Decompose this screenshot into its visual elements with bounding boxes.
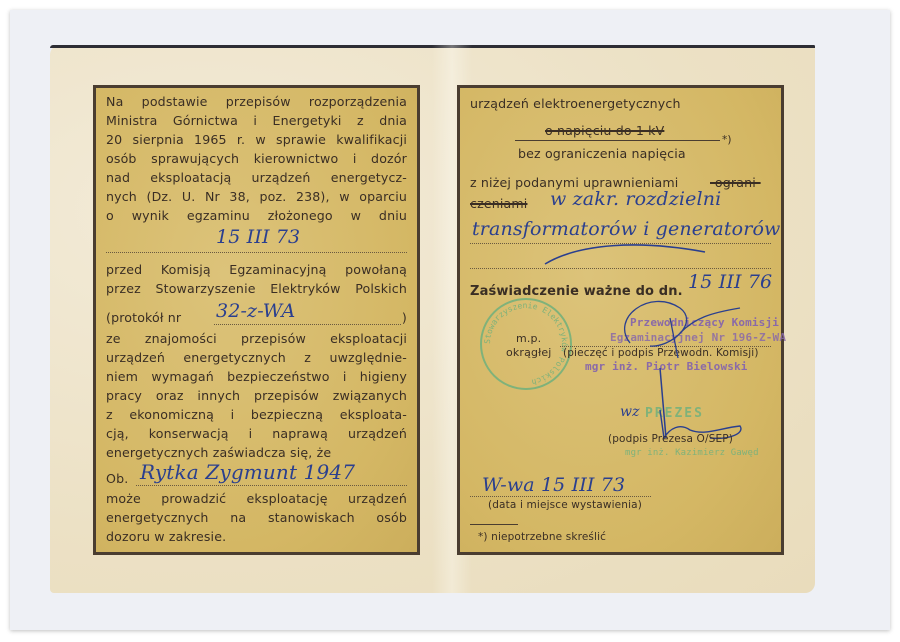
text-line: nych (Dz. U. Nr 38, poz. 238), w oparciu — [106, 189, 407, 204]
footnote: *) niepotrzebne skreślić — [478, 531, 606, 543]
protocol-close: ) — [402, 310, 407, 325]
text-line: 20 sierpnia 1965 r. w sprawie kwalifikac… — [106, 132, 407, 147]
text-line: przez Stowarzyszenie Elektryków Polskich — [106, 281, 407, 296]
text-line: dozoru w zakresie. — [106, 529, 407, 544]
struck-permissions-b: czeniami — [470, 196, 527, 211]
voltage-text: bez ograniczenia napięcia — [518, 146, 686, 161]
dotted-line — [470, 496, 651, 497]
text-line: urządzeń elektroenergetycznych — [470, 96, 771, 111]
text-line: Na podstawie przepisów rozporządzenia — [106, 94, 407, 109]
dotted-line — [106, 252, 407, 253]
dotted-line — [136, 485, 407, 486]
signature-initials: wz — [620, 404, 640, 420]
text-line: ze znajomości przepisów eksploatacji — [106, 331, 407, 346]
issue-place-date: W-wa 15 III 73 — [482, 474, 625, 496]
text-line: z ekonomiczną i bezpieczną eksploata- — [106, 407, 407, 422]
text-line: o wynik egzaminu złożonego w dniu — [106, 208, 407, 223]
protocol-number: 32-z-WA — [216, 300, 295, 322]
struck-voltage: o napięciu do 1 kV — [545, 123, 664, 138]
scope-line-1: w zakr. rozdzielni — [550, 188, 721, 210]
left-page: Na podstawie przepisów rozporządzenia Mi… — [93, 85, 420, 555]
seal-label-2: okrągłej — [506, 346, 552, 359]
text-line: Ministra Górnictwa i Energetyki z dnia — [106, 113, 407, 128]
text-line: pracy oraz innych przepisów związanych — [106, 388, 407, 403]
citizen-label: Ob. — [106, 471, 128, 486]
handwritten-swoosh — [540, 238, 710, 268]
green-stamp-name: mgr inż. Kazimierz Gawęd — [625, 448, 759, 458]
president-caption: (podpis Prezesa O/SEP) — [608, 433, 733, 445]
text-line: może prowadzić eksploatację urządzeń — [106, 491, 407, 506]
text-line: cją, konserwacją i naprawą urządzeń — [106, 426, 407, 441]
protocol-label: (protokół nr — [106, 310, 181, 325]
issue-caption: (data i miejsce wystawienia) — [488, 499, 642, 511]
text-line: nad eksploatacją urządzeń energetycz- — [106, 170, 407, 185]
citizen-name: Rytka Zygmunt 1947 — [140, 460, 355, 484]
dotted-line — [470, 268, 771, 269]
text-line: przed Komisją Egzaminacyjną powołaną — [106, 262, 407, 277]
dotted-line — [214, 324, 401, 325]
text-line: urządzeń energetycznych z uwzględnie- — [106, 350, 407, 365]
scope-line-2: transformatorów i generatorów — [472, 218, 780, 240]
footnote-mark: *) — [722, 134, 732, 146]
text-line: energetycznych na stanowiskach osób — [106, 510, 407, 525]
text-line: energetycznych zaświadcza się, że — [106, 445, 407, 460]
exam-date: 15 III 73 — [216, 226, 407, 248]
right-page: urządzeń elektroenergetycznych o napięci… — [457, 85, 784, 555]
seal-label-1: m.p. — [516, 332, 541, 345]
separator-line — [515, 140, 720, 141]
footnote-rule — [470, 524, 518, 525]
text-line: osób sprawujących kierownictwo i dozór — [106, 151, 407, 166]
text-line: niem wymagań bezpieczeństwo i higieny — [106, 369, 407, 384]
